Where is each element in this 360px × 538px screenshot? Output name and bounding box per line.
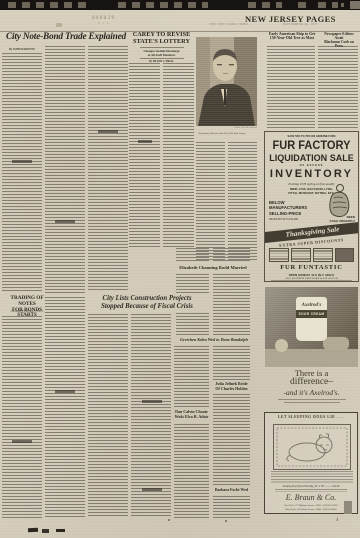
text-column <box>45 46 85 294</box>
headline-city-lists-line2: Stopped Because of Fiscal Crisis <box>87 303 207 311</box>
text-column <box>318 46 358 130</box>
axelrods-fine-print <box>284 402 340 404</box>
axelrods-headline-line3: -and it's Axelrod's. <box>265 388 358 397</box>
fur-model-illustration <box>321 182 357 218</box>
table-surface <box>265 349 358 367</box>
headline-early-american-ship: Early American Ship to Get 150-Year-Old … <box>266 32 318 41</box>
text-column <box>176 248 209 263</box>
film-mark <box>341 3 344 7</box>
text-column <box>267 46 315 130</box>
carey-subhead-line2: of All Staff Members <box>129 53 194 57</box>
sub-headline <box>98 130 118 133</box>
scan-artifact <box>28 528 38 533</box>
text-column <box>213 274 250 336</box>
text-column <box>2 316 42 518</box>
axelrods-ad-photo: Axelrod's SOUR CREAM <box>265 287 358 367</box>
text-column <box>196 142 225 260</box>
sub-headline <box>12 160 32 163</box>
sleeping-dog-frame <box>273 424 351 470</box>
fur-ad-below-block: BELOW MANUFACTURERS SELLING-PRICE <box>269 200 307 216</box>
bread-loaf <box>323 337 349 350</box>
film-edge-strip <box>0 0 360 10</box>
fur-ad-title-line3: INVENTORY <box>265 168 358 180</box>
scan-dot <box>168 519 170 521</box>
sub-headline <box>12 440 32 443</box>
text-column <box>228 142 257 260</box>
headline-randolph-wedding: Gretchen Kohn Wed to Dane Randolph <box>178 338 250 343</box>
film-dashes <box>248 2 282 8</box>
headline-editors-line1: Newspaper Editors Await <box>320 32 358 40</box>
coupon-box <box>335 248 354 262</box>
lemon <box>275 339 288 352</box>
fur-ad-title-line1: FUR FACTORY <box>269 138 355 152</box>
scanned-newspaper-page: 000039 N.J.S. THE NEW YORK TIMES, NOVEMB… <box>0 0 360 538</box>
head-rule <box>140 58 184 59</box>
braun-ad-copy <box>271 471 353 483</box>
sour-cream-tub: Axelrod's SOUR CREAM <box>296 297 327 341</box>
coupon-box <box>291 248 311 262</box>
sour-cream-label: SOUR CREAM <box>296 310 327 318</box>
text-column <box>163 63 194 248</box>
scan-dot <box>225 520 227 522</box>
headline-focht-wedding: Barbara Focht Wed <box>213 488 250 492</box>
braun-ad-copy <box>275 489 347 492</box>
ink-smudge <box>56 23 62 27</box>
head-rule <box>140 47 184 48</box>
headline-jelinek-line2: Of Charles Holden <box>213 387 250 392</box>
sub-headline <box>55 220 75 223</box>
fur-store-name: FUR FUNTASTIC <box>265 264 358 271</box>
photo-credit: United Press International <box>196 127 257 129</box>
sub-headline <box>142 400 162 403</box>
page-number: 4 <box>336 518 339 523</box>
film-dashes <box>318 2 338 8</box>
reference-stamp-sub: N.J.S. <box>98 22 111 25</box>
headline-rodd-married: Elizabeth Channing Rodd Married <box>176 265 250 270</box>
text-column <box>129 63 160 248</box>
film-dashes <box>8 2 86 8</box>
text-column <box>176 274 209 294</box>
coupon-box <box>269 248 289 262</box>
braun-linens-ad: LET SLEEPING DOGS LIE . . . Sleeping Dog… <box>264 412 358 514</box>
headline-choate-line2: Weds Elva R. Adair <box>174 415 209 420</box>
headline-carey-line2: STATE'S LOTTERY <box>129 38 194 45</box>
newspaper-paper: 000039 N.J.S. THE NEW YORK TIMES, NOVEMB… <box>0 10 360 538</box>
film-dashes <box>118 2 208 8</box>
text-column <box>213 394 250 486</box>
axelrods-brand: Axelrod's <box>296 303 327 308</box>
headline-carey-line1: CAREY TO REVISE <box>129 31 194 38</box>
text-column <box>174 346 209 408</box>
text-column <box>213 346 250 380</box>
text-column <box>88 46 128 292</box>
headline-city-lists-line1: City Lists Construction Projects <box>87 295 207 303</box>
text-column <box>45 297 85 518</box>
sleeping-dog-illustration <box>274 425 350 469</box>
reference-stamp: 000039 <box>92 16 115 21</box>
braun-rug-price-line: Sleeping Dog Nylon Pile Rug, 24" x 36" .… <box>265 485 357 488</box>
coupon-box <box>313 248 333 262</box>
photo-caption: Jerry Bruno, Director of the New York St… <box>190 132 254 135</box>
axelrods-headline-line2: difference– <box>265 377 358 387</box>
headline-choate-wedding: Dan Calvin Choate Weds Elva R. Adair <box>174 410 209 419</box>
headline-city-lists: City Lists Construction Projects Stopped… <box>87 295 207 311</box>
axelrods-fine-print <box>278 399 346 401</box>
sub-headline <box>142 488 162 491</box>
text-column <box>2 53 42 293</box>
lottery-director-photo <box>196 37 257 126</box>
byline-city-note: By JOHN DARNTON <box>2 48 42 51</box>
headline-jelinek-wedding: Julia Jelinek Bride Of Charles Holden <box>213 382 250 391</box>
film-mark <box>350 1 360 9</box>
scan-artifact <box>56 529 65 532</box>
fur-ad-below-line3: SELLING-PRICE <box>269 211 307 216</box>
text-column <box>213 248 250 263</box>
sub-headline <box>55 390 75 393</box>
scan-artifact <box>344 501 352 514</box>
text-column <box>213 496 250 518</box>
scan-artifact <box>42 529 49 533</box>
fur-ad-address-line <box>271 280 352 282</box>
sub-headline <box>138 140 152 143</box>
headline-city-note-bond: City Note-Bond Trade Explained <box>1 32 131 42</box>
fur-factory-ad: SAVE 50% TO 70% ON GENUINE FURS FUR FACT… <box>264 131 359 282</box>
text-column <box>88 314 128 518</box>
text-column <box>174 424 209 518</box>
section-title: NEW JERSEY PAGES <box>245 14 336 24</box>
fur-ad-price-range: FROM $97.50 TO $5,000 <box>269 218 298 221</box>
text-column <box>176 313 209 336</box>
portrait-illustration <box>196 37 257 126</box>
braun-ad-header: LET SLEEPING DOGS LIE . . . <box>265 415 357 419</box>
headline-ship-line2: 150-Year-Old Tree as Mast <box>266 36 318 40</box>
film-dashes <box>298 2 312 8</box>
folio-newspaper-name: THE NEW YORK TIMES, <box>209 22 250 26</box>
article-carey-lottery: CAREY TO REVISE STATE'S LOTTERY Changes … <box>129 31 194 63</box>
fur-ad-title-line2: LIQUIDATION SALE <box>267 153 355 164</box>
